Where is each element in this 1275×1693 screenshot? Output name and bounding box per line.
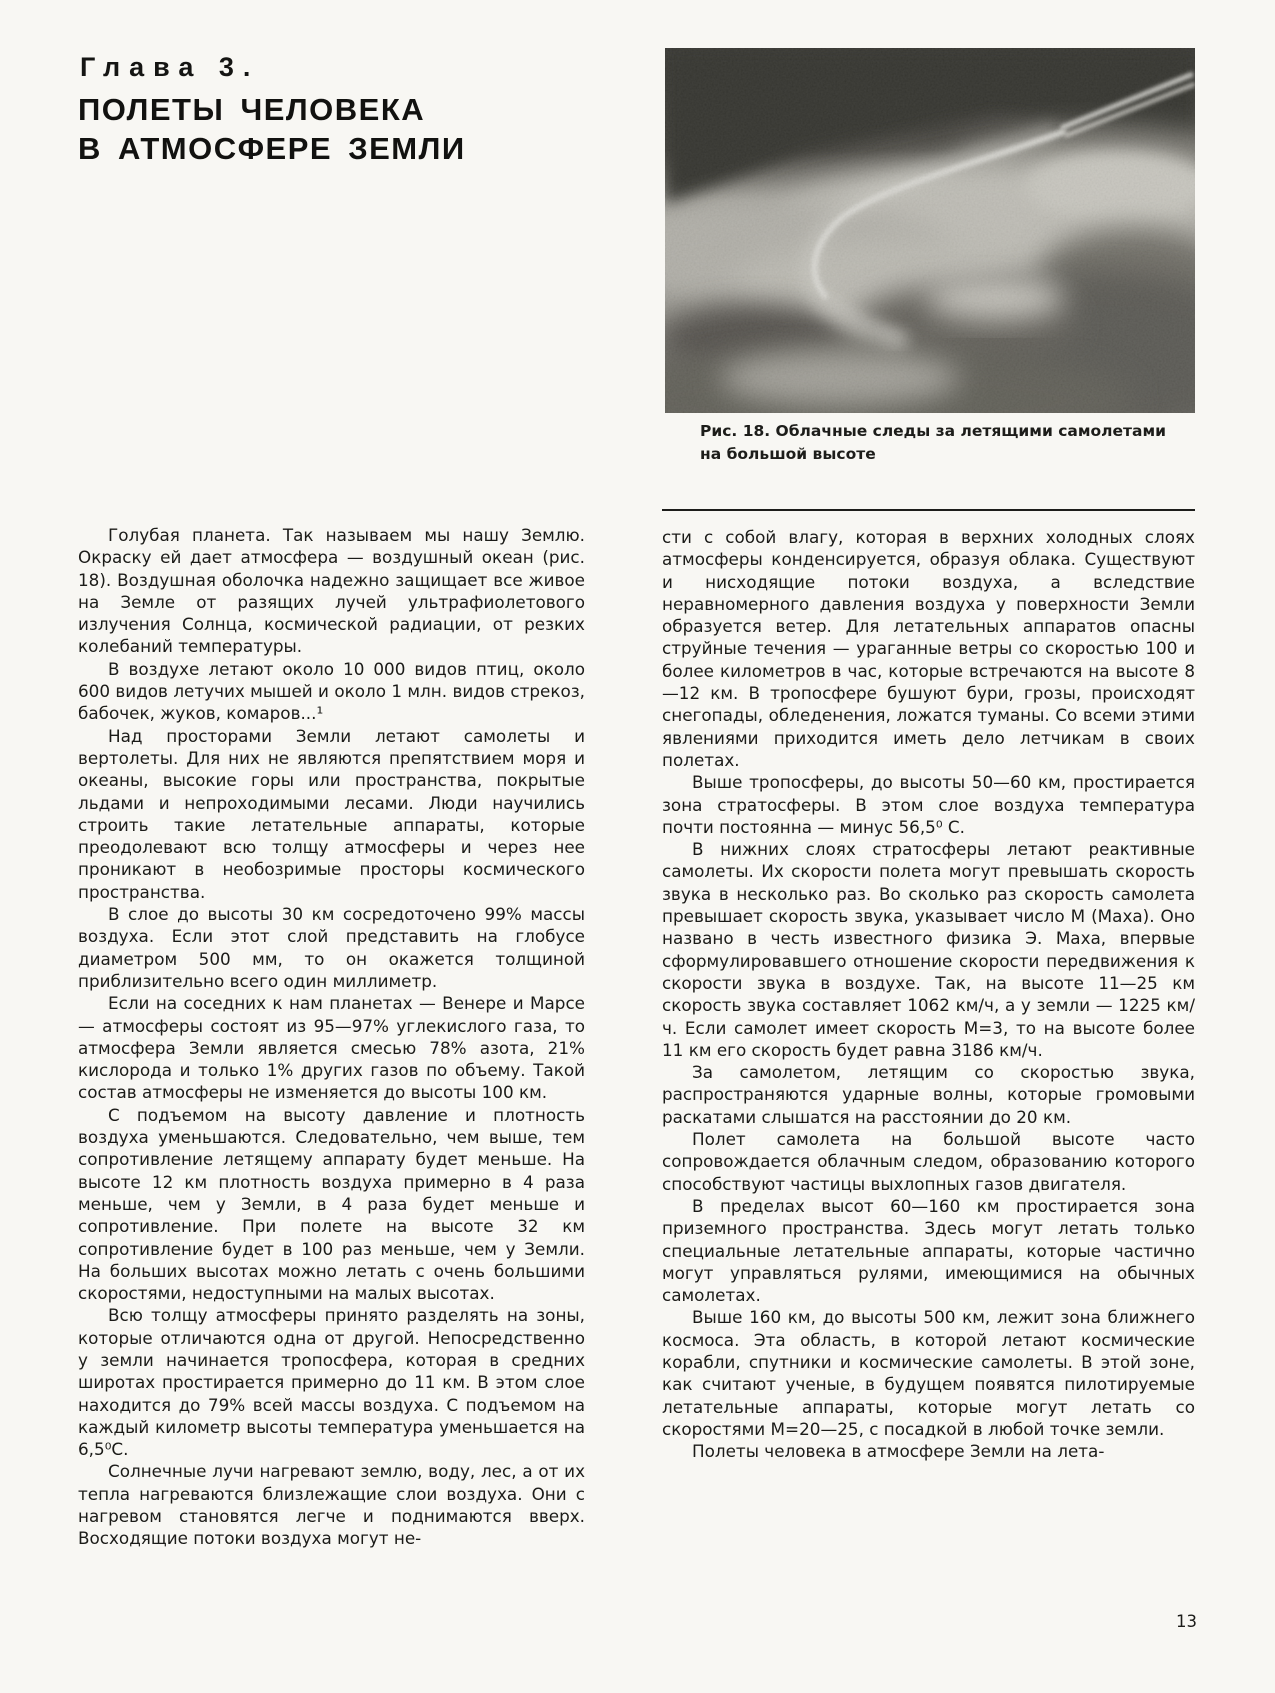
paragraph: Полеты человека в атмосфере Земли на лет… bbox=[662, 1440, 1195, 1462]
text-column-right: сти с собой влагу, которая в верхних хол… bbox=[662, 526, 1195, 1462]
paragraph: В слое до высоты 30 км сосредоточено 99%… bbox=[78, 903, 585, 992]
paragraph: Солнечные лучи нагревают землю, воду, ле… bbox=[78, 1460, 585, 1549]
paragraph: Над просторами Земли летают самолеты и в… bbox=[78, 725, 585, 903]
paragraph: В нижних слоях стратосферы летают реакти… bbox=[662, 838, 1195, 1061]
text-column-left: Голубая планета. Так называем мы нашу Зе… bbox=[78, 524, 585, 1550]
paragraph: С подъемом на высоту давление и плотност… bbox=[78, 1104, 585, 1305]
book-page: Глава 3. ПОЛЕТЫ ЧЕЛОВЕКА В АТМОСФЕРЕ ЗЕМ… bbox=[0, 0, 1275, 1693]
paragraph: В воздухе летают около 10 000 видов птиц… bbox=[78, 658, 585, 725]
chapter-label: Глава 3. bbox=[80, 52, 259, 83]
figure-photo-contrail-clouds bbox=[665, 48, 1195, 413]
page-title-line-1: ПОЛЕТЫ ЧЕЛОВЕКА bbox=[78, 92, 425, 127]
paragraph: За самолетом, летящим со скоростью звука… bbox=[662, 1061, 1195, 1128]
figure-caption-line-1: Рис. 18. Облачные следы за летящими само… bbox=[700, 420, 1166, 443]
contrail-clouds-illustration bbox=[665, 48, 1195, 413]
page-number: 13 bbox=[1176, 1612, 1197, 1631]
paragraph: Полет самолета на большой высоте часто с… bbox=[662, 1128, 1195, 1195]
figure-caption: Рис. 18. Облачные следы за летящими само… bbox=[700, 420, 1166, 466]
paragraph: Голубая планета. Так называем мы нашу Зе… bbox=[78, 524, 585, 658]
paragraph: В пределах высот 60—160 км простирается … bbox=[662, 1195, 1195, 1306]
paragraph: Если на соседних к нам планетах — Венере… bbox=[78, 992, 585, 1103]
paragraph: сти с собой влагу, которая в верхних хол… bbox=[662, 526, 1195, 771]
page-title: ПОЛЕТЫ ЧЕЛОВЕКА В АТМОСФЕРЕ ЗЕМЛИ bbox=[78, 90, 466, 168]
paragraph: Всю толщу атмосферы принято разделять на… bbox=[78, 1304, 585, 1460]
page-title-line-2: В АТМОСФЕРЕ ЗЕМЛИ bbox=[78, 131, 466, 166]
paragraph: Выше 160 км, до высоты 500 км, лежит зон… bbox=[662, 1306, 1195, 1440]
figure-caption-line-2: на большой высоте bbox=[700, 443, 1166, 466]
figure-separator-rule bbox=[662, 509, 1195, 511]
paragraph: Выше тропосферы, до высоты 50—60 км, про… bbox=[662, 771, 1195, 838]
